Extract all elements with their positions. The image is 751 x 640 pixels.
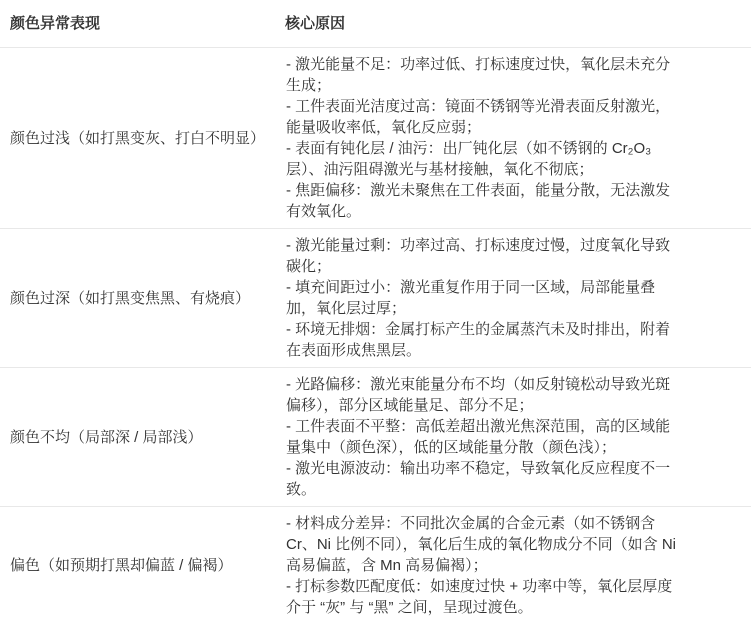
cause-item: - 材料成分差异：不同批次金属的合金元素（如不锈钢含 Cr、Ni 比例不同），氧… — [286, 513, 677, 576]
cause-item: - 激光能量不足：功率过低、打标速度过快，氧化层未充分生成； — [286, 54, 677, 96]
color-anomaly-cause-table: 颜色异常表现 核心原因 颜色过浅（如打黑变灰、打白不明显）- 激光能量不足：功率… — [0, 0, 751, 624]
cause-item: - 焦距偏移：激光未聚焦在工件表面，能量分散，无法激发有效氧化。 — [286, 180, 677, 222]
symptom-cell: 颜色过浅（如打黑变灰、打白不明显） — [0, 48, 285, 229]
table-row: 偏色（如预期打黑却偏蓝 / 偏褐）- 材料成分差异：不同批次金属的合金元素（如不… — [0, 507, 751, 625]
column-header-symptom: 颜色异常表现 — [0, 0, 285, 48]
cause-item: - 表面有钝化层 / 油污：出厂钝化层（如不锈钢的 Cr₂O₃ 层）、油污阻碍激… — [286, 138, 677, 180]
symptom-cell: 颜色过深（如打黑变焦黑、有烧痕） — [0, 229, 285, 368]
table-row: 颜色不均（局部深 / 局部浅）- 光路偏移：激光束能量分布不均（如反射镜松动导致… — [0, 368, 751, 507]
symptom-cell: 颜色不均（局部深 / 局部浅） — [0, 368, 285, 507]
table-row: 颜色过浅（如打黑变灰、打白不明显）- 激光能量不足：功率过低、打标速度过快，氧化… — [0, 48, 751, 229]
table-header-row: 颜色异常表现 核心原因 — [0, 0, 751, 48]
cause-item: - 填充间距过小：激光重复作用于同一区域，局部能量叠加，氧化层过厚； — [286, 277, 677, 319]
cause-item: - 打标参数匹配度低：如速度过快 + 功率中等，氧化层厚度介于 “灰” 与 “黑… — [286, 576, 677, 618]
table-row: 颜色过深（如打黑变焦黑、有烧痕）- 激光能量过剩：功率过高、打标速度过慢，过度氧… — [0, 229, 751, 368]
symptom-cell: 偏色（如预期打黑却偏蓝 / 偏褐） — [0, 507, 285, 625]
causes-cell: - 激光能量过剩：功率过高、打标速度过慢，过度氧化导致碳化；- 填充间距过小：激… — [285, 229, 751, 368]
cause-item: - 光路偏移：激光束能量分布不均（如反射镜松动导致光斑偏移），部分区域能量足、部… — [286, 374, 677, 416]
causes-cell: - 激光能量不足：功率过低、打标速度过快，氧化层未充分生成；- 工件表面光洁度过… — [285, 48, 751, 229]
cause-item: - 工件表面不平整：高低差超出激光焦深范围，高的区域能量集中（颜色深），低的区域… — [286, 416, 677, 458]
cause-item: - 激光电源波动：输出功率不稳定，导致氧化反应程度不一致。 — [286, 458, 677, 500]
cause-item: - 激光能量过剩：功率过高、打标速度过慢，过度氧化导致碳化； — [286, 235, 677, 277]
cause-item: - 工件表面光洁度过高：镜面不锈钢等光滑表面反射激光，能量吸收率低，氧化反应弱； — [286, 96, 677, 138]
column-header-cause: 核心原因 — [285, 0, 751, 48]
causes-cell: - 光路偏移：激光束能量分布不均（如反射镜松动导致光斑偏移），部分区域能量足、部… — [285, 368, 751, 507]
causes-cell: - 材料成分差异：不同批次金属的合金元素（如不锈钢含 Cr、Ni 比例不同），氧… — [285, 507, 751, 625]
cause-item: - 环境无排烟：金属打标产生的金属蒸汽未及时排出，附着在表面形成焦黑层。 — [286, 319, 677, 361]
